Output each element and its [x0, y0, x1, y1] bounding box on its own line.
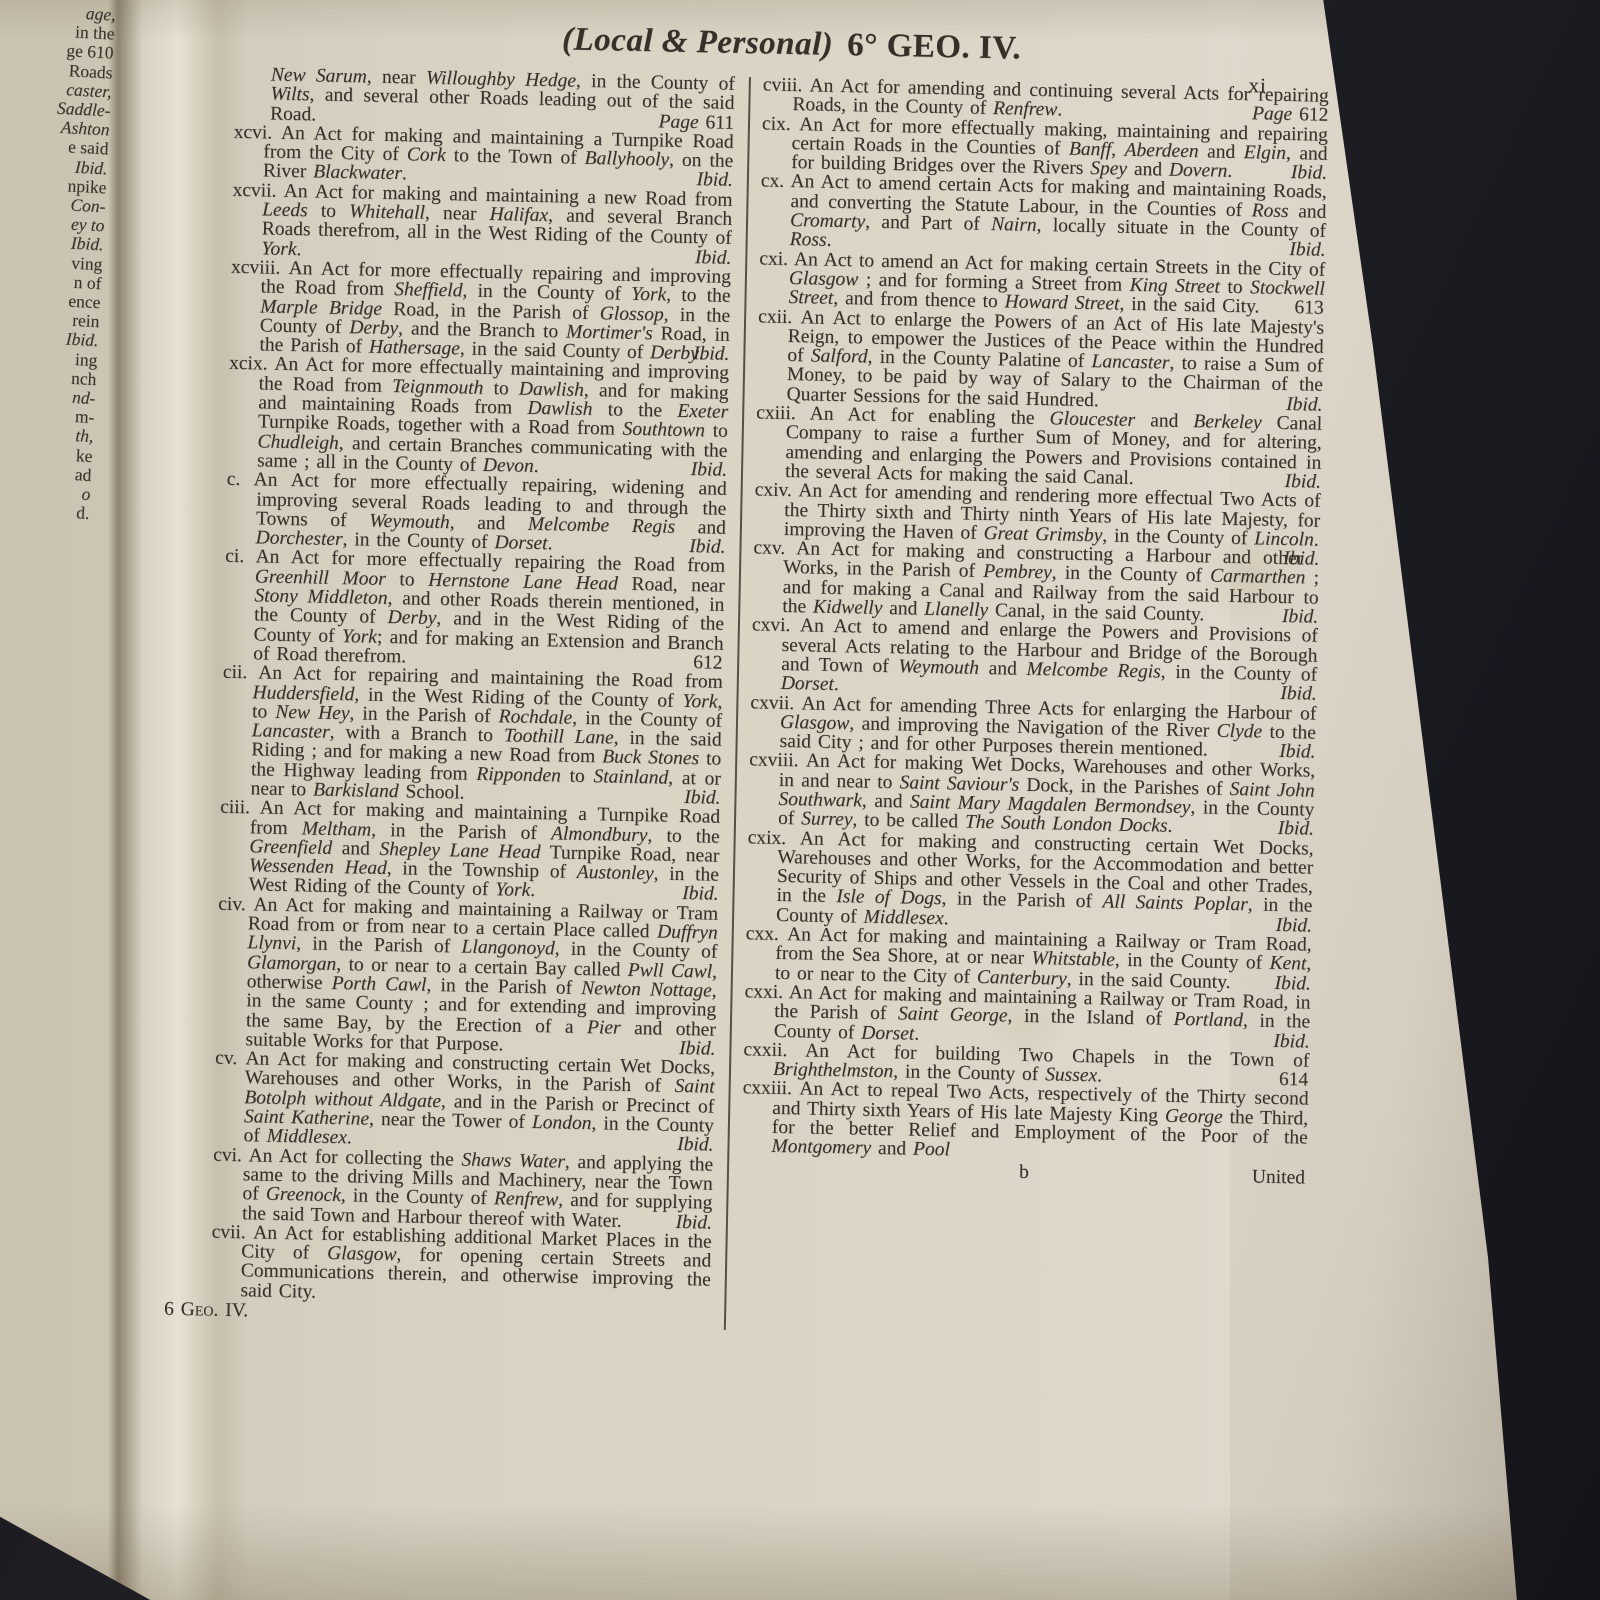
toc-entry: xcvii. An Act for making and maintaining…	[231, 181, 732, 268]
page-ref: Ibid.	[705, 1213, 712, 1232]
entry-number: xcvii.	[232, 180, 284, 202]
entry-text: All Saints Poplar	[1102, 892, 1248, 916]
entry-text: Ripponden	[476, 764, 561, 787]
regnal-title: 6° GEO. IV.	[847, 27, 1022, 66]
toc-entry: cvii. An Act for establishing additional…	[210, 1222, 711, 1309]
entry-number: c.	[227, 469, 254, 491]
entry-text: .	[1097, 1065, 1102, 1086]
toc-entry: civ. An Act for making and maintaining a…	[215, 894, 718, 1058]
entry-number: cvii.	[211, 1221, 253, 1243]
entry-text: .	[347, 1128, 352, 1149]
toc-entry: cvi. An Act for collecting the Shaws Wat…	[212, 1145, 713, 1232]
toc-column-left: New Sarum, near Willoughby Hedge, in the…	[210, 65, 735, 1330]
toc-entry: cxxiii. An Act to repeal Two Acts, respe…	[741, 1079, 1308, 1168]
entry-text: , and Part of	[865, 212, 991, 236]
entry-text: Nairn	[991, 214, 1037, 236]
entry-number: cv.	[215, 1048, 246, 1070]
entry-number: cxxi.	[744, 981, 789, 1003]
page-ref: Ibid.	[714, 789, 721, 808]
entry-number: cvi.	[213, 1144, 249, 1166]
edge-fragment: d.	[0, 498, 90, 523]
page-ref: Ibid.	[707, 1136, 714, 1155]
page-ref: Ibid.	[721, 461, 728, 480]
entry-number: ci.	[225, 546, 256, 568]
entry-text: to the Town of	[446, 145, 585, 169]
signature-mark: b	[1019, 1161, 1029, 1182]
toc-entry: xcviii. An Act for more effectually repa…	[229, 258, 731, 364]
entry-text: .	[547, 533, 552, 554]
entry-text: .	[530, 880, 535, 901]
entry-number: cxxiii.	[742, 1078, 799, 1100]
entry-number: xcvi.	[234, 122, 282, 144]
page-edge-shadow	[1230, 0, 1600, 1600]
entry-text: Weymouth	[898, 656, 979, 679]
entry-text: , in the Island of	[1007, 1006, 1173, 1030]
entry-text: and	[979, 658, 1027, 680]
book-page: age,in thege 610Roadscaster,Saddle-Ashto…	[0, 0, 1600, 1600]
entry-text: .	[534, 456, 539, 477]
entry-number: xcviii.	[231, 257, 289, 279]
entry-number: cx.	[761, 171, 791, 193]
entry-text: .	[699, 343, 704, 364]
entry-text: Austonley	[577, 862, 654, 885]
page-ref: Ibid.	[726, 171, 733, 190]
toc-entry: ci. An Act for more effectually repairin…	[223, 547, 725, 673]
entry-text: , in the Parish of	[941, 889, 1102, 913]
page-text-block: (Local & Personal)6° GEO. IV. xi New Sar…	[210, 15, 1348, 1342]
entry-number: cxxii.	[743, 1039, 805, 1061]
entry-number: cxi.	[759, 248, 794, 270]
entry-number: cxiv.	[754, 480, 798, 502]
entry-text: Pier	[587, 1017, 621, 1039]
entry-text: to	[705, 421, 728, 442]
page-ref: Ibid.	[723, 345, 730, 364]
entry-text: London	[532, 1112, 592, 1134]
entry-number: cxix.	[747, 827, 800, 849]
entry-text: Pool	[913, 1139, 950, 1161]
entry-number: civ.	[218, 893, 254, 915]
page-ref: Ibid.	[725, 248, 732, 267]
entry-text: 611	[705, 112, 734, 134]
entry-number: cxv.	[753, 537, 796, 559]
entry-text: Cork	[407, 144, 446, 166]
entry-text: .	[914, 1023, 919, 1044]
entry-text: and	[871, 1138, 913, 1160]
entry-text: .	[834, 674, 839, 695]
running-title: (Local & Personal)	[562, 21, 834, 62]
entry-text: to	[561, 765, 594, 787]
entry-text: Melcombe Regis	[1026, 659, 1161, 683]
entry-text: 612	[693, 652, 723, 674]
toc-entry: cv. An Act for making and constructing c…	[213, 1049, 715, 1155]
entry-number: cxvi.	[752, 615, 800, 637]
entry-text: ,	[1111, 139, 1125, 160]
entry-number: cii.	[223, 662, 259, 684]
entry-number: cviii.	[763, 74, 810, 96]
entry-text: .	[943, 908, 948, 929]
entry-text: .	[402, 164, 407, 185]
page-ref: Ibid.	[709, 1039, 716, 1058]
entry-text: .	[826, 230, 831, 251]
entry-text: .	[1057, 100, 1062, 121]
page-ref: Ibid.	[712, 885, 719, 904]
toc-entry: xcix. An Act for more effectually mainta…	[227, 354, 729, 480]
entry-number: cxiii.	[756, 402, 810, 424]
entry-number: xcix.	[229, 353, 275, 375]
entry-text: and	[675, 517, 726, 539]
entry-number: ciii.	[220, 797, 260, 819]
entry-number: cix.	[762, 113, 800, 135]
entry-number: cxviii.	[749, 750, 806, 772]
entry-text: .	[1167, 816, 1172, 837]
entry-text: .	[296, 239, 301, 260]
toc-entry: cii. An Act for repairing and maintainin…	[220, 663, 723, 808]
facing-page-edge: age,in thege 610Roadscaster,Saddle-Ashto…	[0, 0, 123, 524]
entry-number: cxii.	[758, 306, 801, 328]
entry-number: cxvii.	[750, 692, 802, 714]
entry-text: , near the Tower of	[369, 1109, 532, 1133]
page-header: (Local & Personal)6° GEO. IV.	[235, 15, 1348, 74]
toc-entry: ciii. An Act for making and maintaining …	[218, 798, 720, 904]
toc-entry: c. An Act for more effectually repairing…	[225, 470, 726, 557]
page-ref: Ibid.	[719, 538, 726, 557]
toc-entry: cxix. An Act for making and constructing…	[746, 828, 1314, 936]
entry-text: Montgomery	[771, 1136, 871, 1159]
photo-of-book-page: age,in thege 610Roadscaster,Saddle-Ashto…	[0, 0, 1600, 1600]
entry-text: Ballyhooly	[584, 148, 669, 171]
entry-text: Stainland	[593, 766, 668, 788]
entry-number: cxx.	[746, 923, 788, 945]
toc-columns: New Sarum, near Willoughby Hedge, in the…	[210, 65, 1347, 1342]
